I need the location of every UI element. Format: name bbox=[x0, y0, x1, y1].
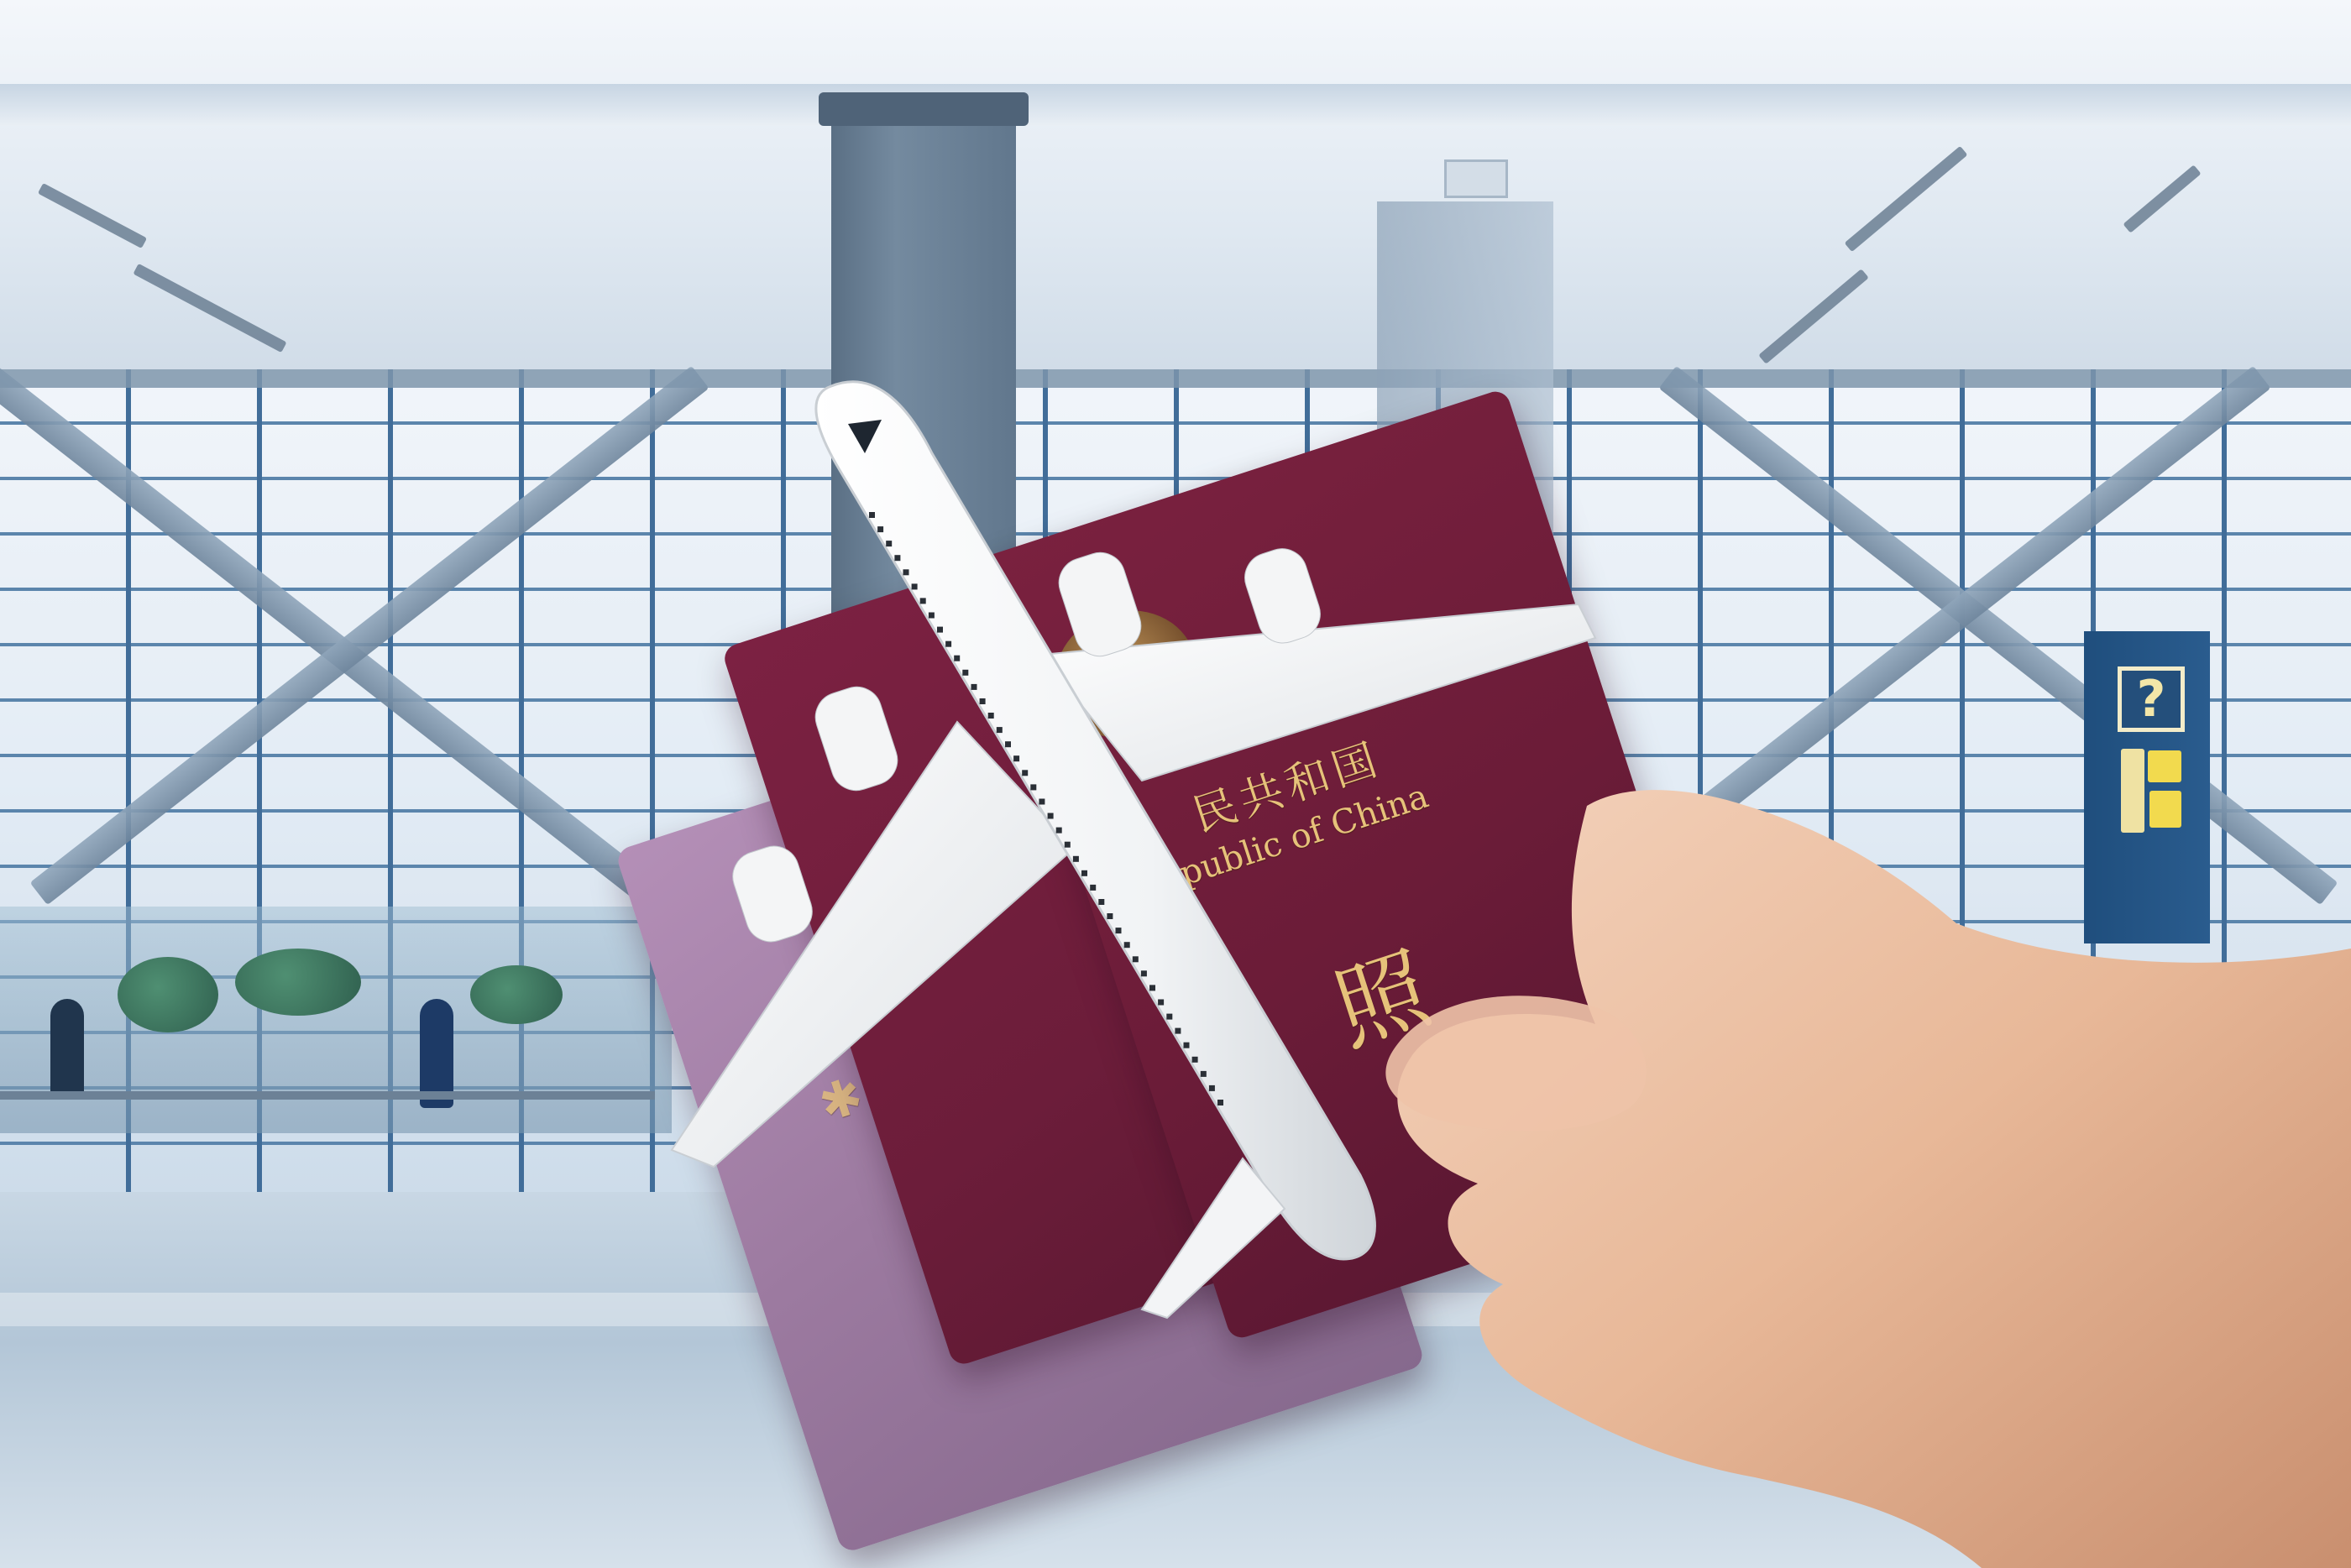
column-cap bbox=[819, 92, 1029, 126]
terminal-ceiling bbox=[0, 0, 2351, 386]
ceiling-light bbox=[1444, 159, 1508, 198]
information-kiosk: ? bbox=[2084, 631, 2210, 943]
ceiling-beam bbox=[0, 84, 2351, 126]
distant-person bbox=[50, 999, 84, 1100]
help-question-icon: ? bbox=[2118, 666, 2185, 732]
railing bbox=[0, 1091, 655, 1100]
national-emblem bbox=[1039, 593, 1213, 756]
passport-label-cn: 照 bbox=[1315, 915, 1443, 1069]
plant bbox=[470, 965, 563, 1024]
kiosk-notice bbox=[2149, 791, 2181, 828]
kiosk-notice bbox=[2121, 749, 2144, 833]
kiosk-notice bbox=[2148, 750, 2181, 782]
window-header-beam bbox=[0, 369, 2351, 388]
plant bbox=[235, 949, 361, 1016]
plant bbox=[118, 957, 218, 1032]
photo-scene: ? ✱ 民共和国 epublic of China 照 bbox=[0, 0, 2351, 1568]
